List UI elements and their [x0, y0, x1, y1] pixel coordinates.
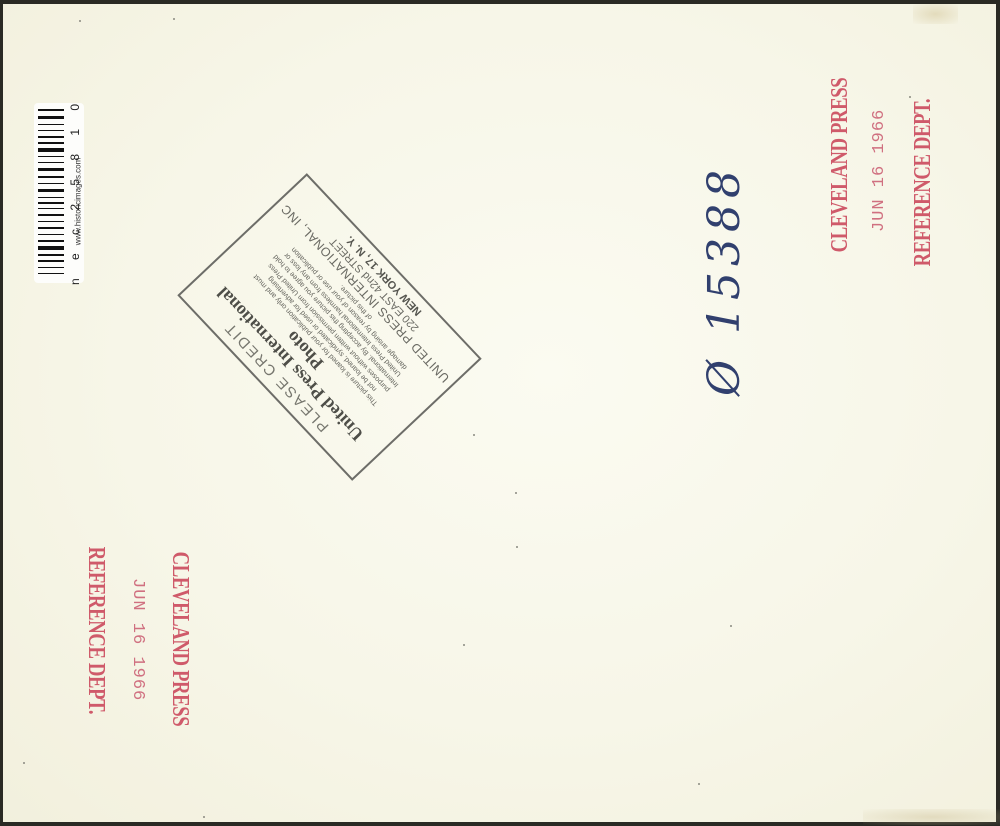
stamp-dept-line: REFERENCE DEPT.: [79, 523, 109, 723]
dust-speck: [463, 644, 465, 646]
dust-speck: [515, 492, 517, 494]
stamp-dept: REFERENCE DEPT.: [910, 99, 937, 267]
paper-stain: [913, 4, 958, 24]
stamp-date: JUN 16 1966: [870, 132, 890, 232]
stamp-name-line: CLEVELAND PRESS: [827, 77, 857, 277]
dust-speck: [698, 783, 700, 785]
paper-stain: [863, 809, 1000, 825]
dust-speck: [516, 546, 518, 548]
stamp-name-line: CLEVELAND PRESS: [163, 527, 193, 727]
stamp-date: JUN 16 1966: [127, 578, 147, 678]
dust-speck: [203, 816, 205, 818]
dust-speck: [473, 434, 475, 436]
barcode-icon: [38, 109, 64, 277]
barcode-url: www.historicimages.com: [74, 127, 83, 277]
stamp-dept: REFERENCE DEPT.: [82, 547, 109, 715]
stamp-name: CLEVELAND PRESS: [166, 552, 193, 727]
stamp-dept-line: REFERENCE DEPT.: [910, 90, 940, 290]
handwritten-number: Ø 15388: [695, 150, 755, 410]
dust-speck: [23, 762, 25, 764]
dust-speck: [730, 625, 732, 627]
barcode-label: n e c 2 5 8 1 0 www.historicimages.com: [34, 103, 84, 283]
stamp-name: CLEVELAND PRESS: [827, 78, 854, 253]
dust-speck: [173, 18, 175, 20]
dust-speck: [79, 20, 81, 22]
